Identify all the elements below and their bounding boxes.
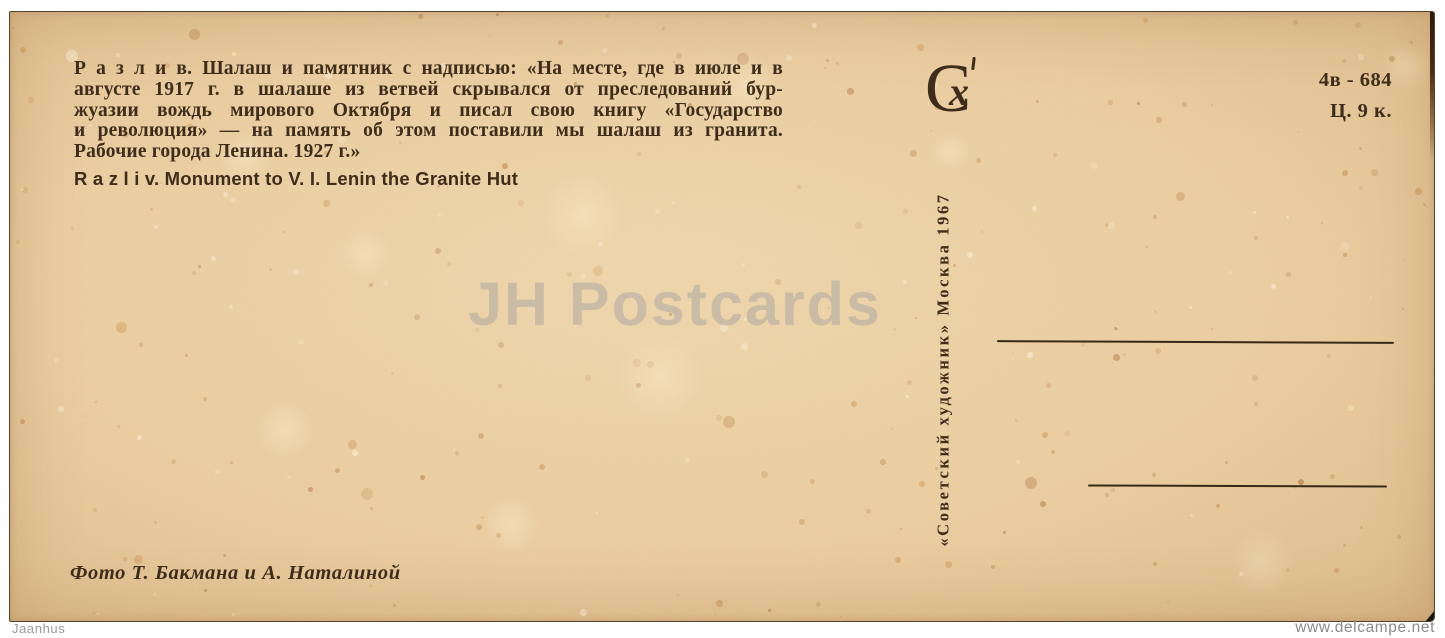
- caption-line-ru: и революция» — на память об этом постави…: [74, 121, 783, 142]
- address-line-1: [997, 340, 1394, 344]
- scan-background: Р а з л и в. Шалаш и памятник с надписью…: [0, 0, 1445, 638]
- caption-title-en: R a z l i v. Monument to V. I. Lenin the…: [74, 168, 783, 190]
- caption-line-ru: жуазии вождь мирового Октября и писал св…: [74, 101, 783, 122]
- website-credit: www.delcampe.net: [1295, 619, 1435, 637]
- caption-block: Р а з л и в. Шалаш и памятник с надписью…: [74, 59, 783, 190]
- photo-credit: Фото Т. Бакмана и А. Наталиной: [70, 562, 401, 585]
- publisher-imprint-vertical: «Советский художник» Москва 1967: [934, 155, 957, 585]
- publisher-logo: С х: [925, 56, 991, 124]
- scanner-credit: Jaanhus: [12, 621, 65, 636]
- torn-right-edge: [1430, 12, 1434, 162]
- caption-line-ru: Рабочие города Ленина. 1927 г.»: [74, 142, 783, 163]
- catalog-number: 4в - 684: [1308, 65, 1392, 96]
- logo-letter-x: х: [949, 72, 969, 112]
- address-line-2: [1088, 484, 1387, 487]
- logo-tick-mark: [971, 57, 975, 70]
- catalog-price-block: 4в - 684 Ц. 9 к.: [1308, 65, 1392, 127]
- postcard-back: Р а з л и в. Шалаш и памятник с надписью…: [9, 11, 1435, 622]
- caption-line-ru: Р а з л и в. Шалаш и памятник с надписью…: [74, 59, 783, 80]
- caption-line-ru: августе 1917 г. в шалаше из ветвей скрыв…: [74, 80, 783, 101]
- price: Ц. 9 к.: [1308, 96, 1392, 127]
